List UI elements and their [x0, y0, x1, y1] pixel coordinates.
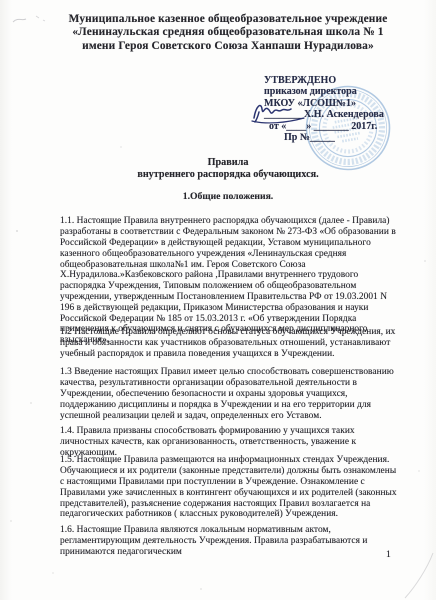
document-header: Муниципальное казенное общеобразовательн…	[48, 13, 408, 53]
director-name: Х.Н. Аскендерова	[304, 109, 384, 120]
header-line: Муниципальное казенное общеобразовательн…	[48, 13, 408, 26]
approval-by-line: приказом директора	[264, 86, 384, 97]
approval-order-line: Пр №_____	[284, 132, 384, 143]
section-heading: 1.Общие положения.	[56, 191, 400, 202]
scan-noise-specks	[0, 0, 2, 2]
scan-artifact-corner-line	[401, 551, 436, 600]
signature-row: ________Х.Н. Аскендерова	[264, 109, 384, 120]
document-page: Муниципальное казенное общеобразовательн…	[0, 0, 436, 600]
paragraph-1-5: 1.5. Настоящие Правила размещаются на ин…	[60, 455, 402, 520]
paragraph-1-3: 1.3 Введение настоящих Правил имеет цель…	[60, 367, 402, 421]
page-number: 1	[386, 549, 391, 560]
header-line: имени Героя Советского Союза Ханпаши Нур…	[48, 40, 408, 53]
paragraph-1-2: 1.2 Настоящие Правила определяют основы …	[60, 327, 402, 359]
approved-label: УТВЕРЖДЕНО	[264, 75, 384, 86]
director-signature	[250, 98, 310, 126]
header-line: «Ленинаульская средняя общеобразовательн…	[48, 26, 408, 39]
approval-block: УТВЕРЖДЕНО приказом директора МКОУ «ЛСОШ…	[264, 75, 384, 143]
paragraph-1-4: 1.4. Правила призваны способствовать фор…	[60, 426, 402, 458]
paragraph-1-6: 1.6. Настоящие Правила являются локальны…	[60, 525, 402, 557]
scan-artifact-mark	[10, 11, 52, 27]
